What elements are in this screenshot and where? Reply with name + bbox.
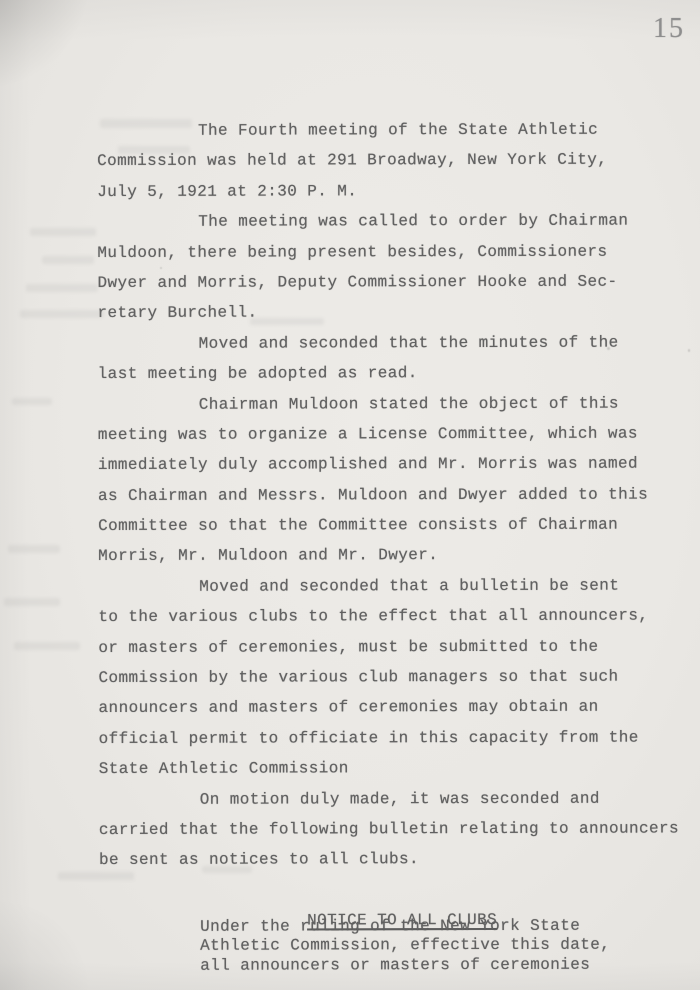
bleed-through-artifact bbox=[14, 642, 80, 650]
typed-line: as Chairman and Messrs. Muldoon and Dwye… bbox=[98, 479, 658, 511]
typed-line: be sent as notices to all clubs. bbox=[99, 844, 659, 876]
typed-line: July 5, 1921 at 2:30 P. M. bbox=[97, 175, 657, 207]
paragraph: Chairman Muldoon stated the object of th… bbox=[98, 388, 658, 572]
typed-line: The meeting was called to order by Chair… bbox=[97, 206, 657, 238]
paragraph: On motion duly made, it was seconded and… bbox=[99, 783, 659, 876]
scan-speck bbox=[688, 349, 690, 352]
typed-line: retary Burchell. bbox=[97, 297, 657, 329]
notice-body: Under the ruling of the New York State A… bbox=[99, 917, 659, 976]
notice-heading: NOTICE TO ALL CLUBS bbox=[99, 874, 659, 906]
typed-line: Commission was held at 291 Broadway, New… bbox=[97, 145, 657, 177]
typed-line: Under the ruling of the New York State bbox=[99, 917, 659, 938]
bleed-through-artifact bbox=[12, 398, 52, 405]
page-number: 15 bbox=[653, 13, 685, 45]
typed-line: official permit to officiate in this cap… bbox=[99, 722, 659, 754]
paragraph: Moved and seconded that the minutes of t… bbox=[98, 327, 658, 389]
bleed-through-artifact bbox=[26, 284, 98, 292]
typed-line: carried that the following bulletin rela… bbox=[99, 814, 659, 846]
typed-line: to the various clubs to the effect that … bbox=[98, 601, 658, 633]
typed-line: Chairman Muldoon stated the object of th… bbox=[98, 388, 658, 420]
typed-line: or masters of ceremonies, must be submit… bbox=[98, 631, 658, 663]
typed-line: The Fourth meeting of the State Athletic bbox=[97, 115, 657, 147]
paragraph: The Fourth meeting of the State Athletic… bbox=[97, 115, 657, 208]
bleed-through-artifact bbox=[30, 228, 96, 236]
typed-line: all announcers or masters of ceremonies bbox=[99, 955, 659, 976]
typed-line: On motion duly made, it was seconded and bbox=[99, 783, 659, 815]
paragraph: The meeting was called to order by Chair… bbox=[97, 206, 657, 329]
typed-line: announcers and masters of ceremonies may… bbox=[99, 692, 659, 724]
typed-line: Moved and seconded that the minutes of t… bbox=[98, 327, 658, 359]
typed-line: Commission by the various club managers … bbox=[98, 662, 658, 694]
bleed-through-artifact bbox=[8, 545, 60, 553]
scanned-document-page: 15 The Fourth meeting of the State Athle… bbox=[0, 0, 700, 990]
typed-line: last meeting be adopted as read. bbox=[98, 358, 658, 390]
paragraph: Moved and seconded that a bulletin be se… bbox=[98, 570, 659, 784]
typed-line: Morris, Mr. Muldoon and Mr. Dwyer. bbox=[98, 540, 658, 572]
bleed-through-artifact bbox=[20, 310, 104, 318]
typed-line: State Athletic Commission bbox=[99, 753, 659, 785]
typed-line: Muldoon, there being present besides, Co… bbox=[97, 236, 657, 268]
typed-line: Moved and seconded that a bulletin be se… bbox=[98, 570, 658, 602]
bleed-through-artifact bbox=[42, 256, 94, 264]
typed-line: Dwyer and Morris, Deputy Commissioner Ho… bbox=[97, 266, 657, 298]
typed-line: Committee so that the Committee consists… bbox=[98, 510, 658, 542]
typed-line: meeting was to organize a License Commit… bbox=[98, 418, 658, 450]
typed-line: immediately duly accomplished and Mr. Mo… bbox=[98, 449, 658, 481]
typed-line: Athletic Commission, effective this date… bbox=[99, 936, 659, 957]
bleed-through-artifact bbox=[4, 598, 60, 606]
document-text: The Fourth meeting of the State Athletic… bbox=[97, 115, 659, 976]
